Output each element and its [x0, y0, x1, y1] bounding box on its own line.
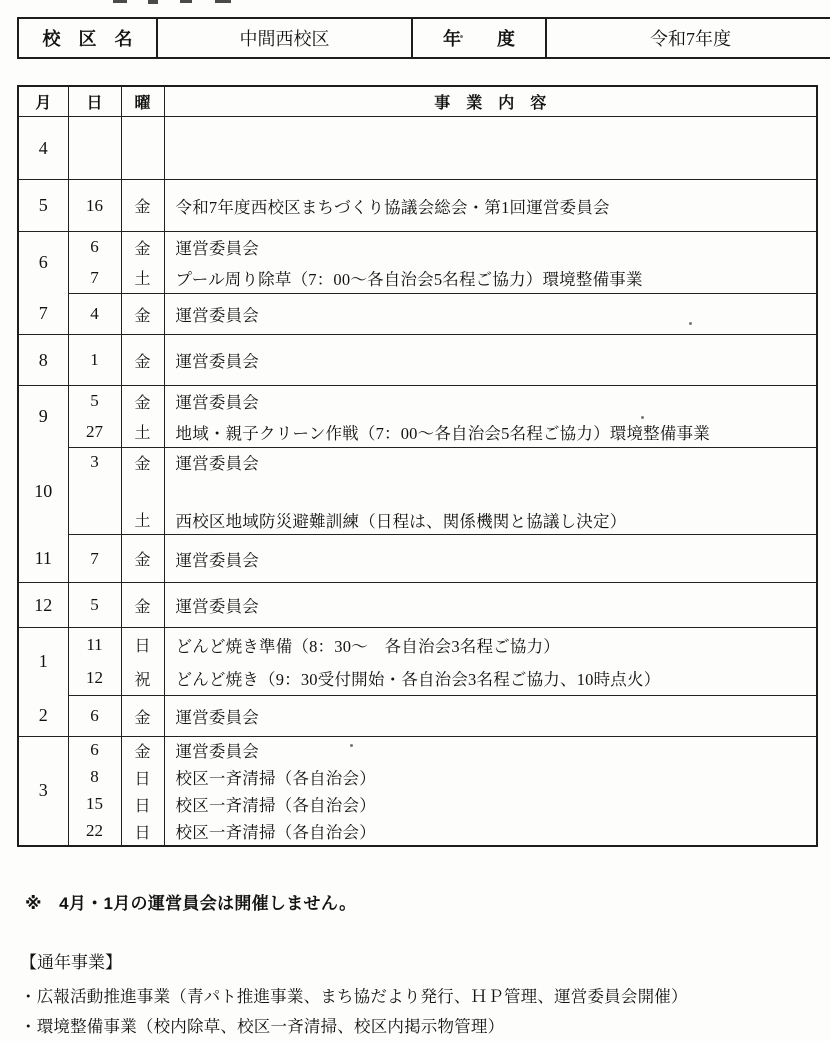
- schedule-header-row: 月 日 曜 事 業 内 容: [18, 86, 817, 117]
- day-cell: 27: [68, 417, 121, 448]
- month-cell: 5: [18, 180, 68, 232]
- content-cell: 運営委員会: [164, 294, 817, 335]
- day-cell: 6: [68, 696, 121, 737]
- content-cell: [164, 477, 817, 506]
- month-cell: 7: [18, 294, 68, 335]
- schedule-entry-row: 74金運営委員会: [18, 294, 817, 335]
- month-cell: 3: [18, 737, 68, 846]
- month-cell: 4: [18, 117, 68, 180]
- scan-artifact: [148, 0, 158, 4]
- weekday-cell: 日: [121, 818, 164, 846]
- month-cell: 1: [18, 628, 68, 696]
- weekday-column-header: 曜: [121, 86, 164, 117]
- weekday-cell: 金: [121, 535, 164, 583]
- content-cell: 運営委員会: [164, 386, 817, 417]
- schedule-entry-row: 103金運営委員会: [18, 448, 817, 477]
- content-column-header: 事 業 内 容: [164, 86, 817, 117]
- content-cell: 校区一斉清掃（各自治会）: [164, 764, 817, 791]
- fiscal-year-value: 令和7年度: [546, 18, 830, 58]
- schedule-entry-row: 27土地域・親子クリーン作戦（7：00～各自治会5名程ご協力）環境整備事業: [18, 417, 817, 448]
- weekday-cell: 金: [121, 386, 164, 417]
- day-cell: [68, 506, 121, 535]
- annual-item-list: ・広報活動推進事業（青パト推進事業、まち協だより発行、ＨＰ管理、運営委員会開催）…: [20, 982, 688, 1041]
- content-cell: 西校区地域防災避難訓練（日程は、関係機関と協議し決定）: [164, 506, 817, 535]
- day-cell: 7: [68, 535, 121, 583]
- weekday-cell: 金: [121, 294, 164, 335]
- day-cell: [68, 477, 121, 506]
- month-column-header: 月: [18, 86, 68, 117]
- month-cell: 12: [18, 583, 68, 628]
- month-cell: 11: [18, 535, 68, 583]
- weekday-cell: 土: [121, 417, 164, 448]
- schedule-entry-row: 66金運営委員会: [18, 232, 817, 263]
- weekday-cell: 金: [121, 696, 164, 737]
- schedule-entry-row: 516金令和7年度西校区まちづくり協議会総会・第1回運営委員会: [18, 180, 817, 232]
- content-cell: 運営委員会: [164, 583, 817, 628]
- annual-section: 【通年事業】 ・広報活動推進事業（青パト推進事業、まち協だより発行、ＨＰ管理、運…: [20, 948, 688, 1041]
- day-cell: 8: [68, 764, 121, 791]
- day-cell: 7: [68, 263, 121, 294]
- district-name-label: 校 区 名: [18, 18, 157, 58]
- weekday-cell: [121, 477, 164, 506]
- scan-artifact: [113, 0, 127, 3]
- annual-item: ・広報活動推進事業（青パト推進事業、まち協だより発行、ＨＰ管理、運営委員会開催）: [20, 982, 688, 1012]
- schedule-entry-row: 15日校区一斉清掃（各自治会）: [18, 791, 817, 818]
- month-cell: 8: [18, 335, 68, 386]
- schedule-entry-row: 125金運営委員会: [18, 583, 817, 628]
- schedule-entry-row: 111日どんど焼き準備（8：30～ 各自治会3名程ご協力）: [18, 628, 817, 662]
- day-cell: 6: [68, 232, 121, 263]
- schedule-entry-row: 36金運営委員会: [18, 737, 817, 764]
- annual-section-title: 【通年事業】: [20, 948, 688, 973]
- schedule-entry-row: 95金運営委員会: [18, 386, 817, 417]
- day-cell: [68, 117, 121, 180]
- content-cell: どんど焼き（9：30受付開始・各自治会3名程ご協力、10時点火）: [164, 662, 817, 696]
- content-cell: [164, 117, 817, 180]
- annual-item: ・環境整備事業（校内除草、校区一斉清掃、校区内掲示物管理）: [20, 1012, 688, 1041]
- document-page: 校 区 名 中間西校区 年 度 令和7年度 月 日 曜 事 業 内 容 4516…: [0, 0, 830, 1041]
- content-cell: 運営委員会: [164, 696, 817, 737]
- day-cell: 4: [68, 294, 121, 335]
- content-cell: 令和7年度西校区まちづくり協議会総会・第1回運営委員会: [164, 180, 817, 232]
- content-cell: 地域・親子クリーン作戦（7：00～各自治会5名程ご協力）環境整備事業: [164, 417, 817, 448]
- weekday-cell: 金: [121, 448, 164, 477]
- weekday-cell: 日: [121, 628, 164, 662]
- scan-artifact: [215, 0, 231, 3]
- schedule-entry-row: 81金運営委員会: [18, 335, 817, 386]
- note-text: ※ 4月・1月の運営員会は開催しません。: [25, 889, 356, 914]
- day-cell: 15: [68, 791, 121, 818]
- day-cell: 11: [68, 628, 121, 662]
- content-cell: 運営委員会: [164, 535, 817, 583]
- weekday-cell: [121, 117, 164, 180]
- weekday-cell: 金: [121, 737, 164, 764]
- weekday-cell: 金: [121, 180, 164, 232]
- content-cell: 運営委員会: [164, 737, 817, 764]
- day-cell: 22: [68, 818, 121, 846]
- day-cell: 1: [68, 335, 121, 386]
- schedule-entry-row: 22日校区一斉清掃（各自治会）: [18, 818, 817, 846]
- schedule-entry-row: 8日校区一斉清掃（各自治会）: [18, 764, 817, 791]
- weekday-cell: 金: [121, 583, 164, 628]
- district-info-table: 校 区 名 中間西校区 年 度 令和7年度: [17, 17, 830, 59]
- schedule-entry-row: 26金運営委員会: [18, 696, 817, 737]
- schedule-entry-row: [18, 477, 817, 506]
- day-cell: 16: [68, 180, 121, 232]
- day-cell: 3: [68, 448, 121, 477]
- weekday-cell: 土: [121, 263, 164, 294]
- content-cell: 校区一斉清掃（各自治会）: [164, 818, 817, 846]
- schedule-entry-row: 4: [18, 117, 817, 180]
- content-cell: 運営委員会: [164, 335, 817, 386]
- schedule-entry-row: 12祝どんど焼き（9：30受付開始・各自治会3名程ご協力、10時点火）: [18, 662, 817, 696]
- content-cell: プール周り除草（7：00～各自治会5名程ご協力）環境整備事業: [164, 263, 817, 294]
- content-cell: 運営委員会: [164, 448, 817, 477]
- schedule-entry-row: 土西校区地域防災避難訓練（日程は、関係機関と協議し決定）: [18, 506, 817, 535]
- day-cell: 12: [68, 662, 121, 696]
- district-info-row: 校 区 名 中間西校区 年 度 令和7年度: [18, 18, 830, 58]
- schedule-table: 月 日 曜 事 業 内 容 4516金令和7年度西校区まちづくり協議会総会・第1…: [17, 85, 818, 847]
- fiscal-year-label: 年 度: [412, 18, 546, 58]
- content-cell: 校区一斉清掃（各自治会）: [164, 791, 817, 818]
- month-cell: 6: [18, 232, 68, 294]
- day-column-header: 日: [68, 86, 121, 117]
- day-cell: 6: [68, 737, 121, 764]
- scan-artifact: [180, 0, 192, 3]
- day-cell: 5: [68, 386, 121, 417]
- content-cell: 運営委員会: [164, 232, 817, 263]
- schedule-entry-row: 7土プール周り除草（7：00～各自治会5名程ご協力）環境整備事業: [18, 263, 817, 294]
- weekday-cell: 土: [121, 506, 164, 535]
- weekday-cell: 金: [121, 335, 164, 386]
- weekday-cell: 日: [121, 791, 164, 818]
- weekday-cell: 祝: [121, 662, 164, 696]
- day-cell: 5: [68, 583, 121, 628]
- month-cell: 10: [18, 448, 68, 535]
- weekday-cell: 金: [121, 232, 164, 263]
- district-name-value: 中間西校区: [157, 18, 412, 58]
- weekday-cell: 日: [121, 764, 164, 791]
- schedule-entry-row: 117金運営委員会: [18, 535, 817, 583]
- month-cell: 9: [18, 386, 68, 448]
- content-cell: どんど焼き準備（8：30～ 各自治会3名程ご協力）: [164, 628, 817, 662]
- month-cell: 2: [18, 696, 68, 737]
